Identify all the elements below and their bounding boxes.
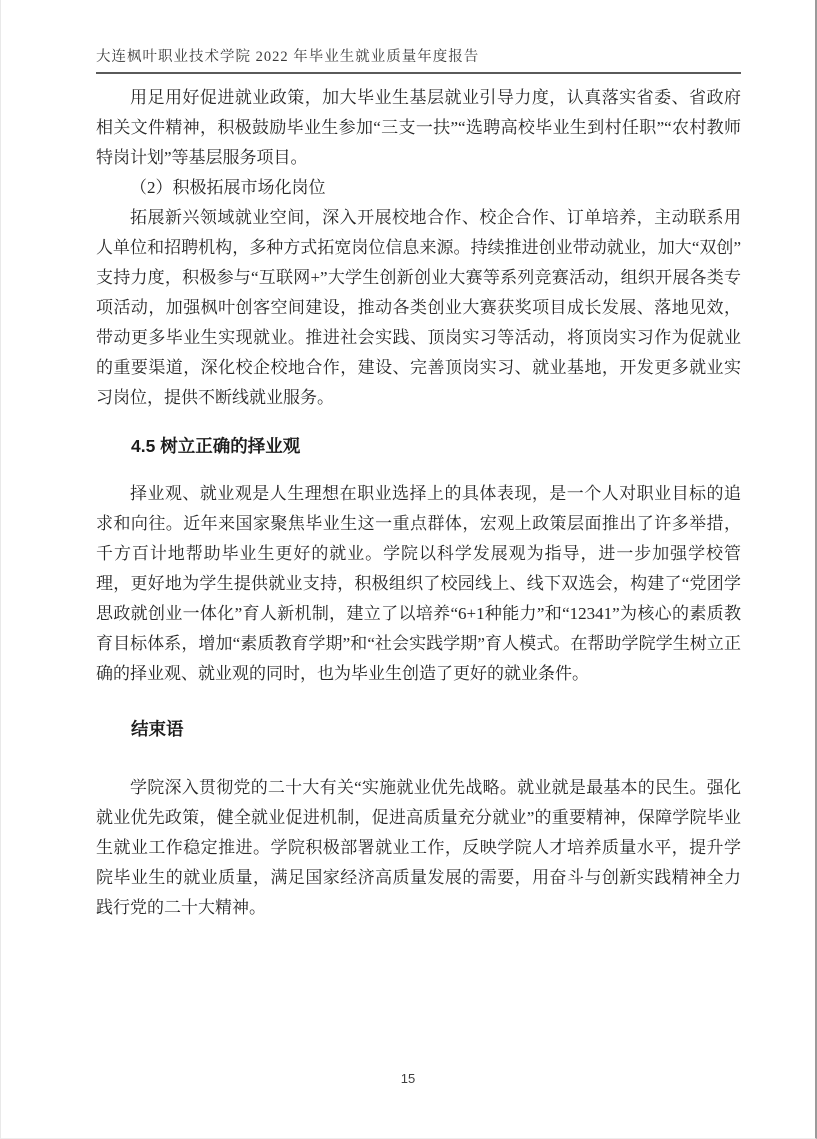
document-body: 用足用好促进就业政策，加大毕业生基层就业引导力度，认真落实省委、省政府相关文件精… <box>96 83 741 923</box>
conclusion-heading: 结束语 <box>96 716 741 742</box>
document-page: 大连枫叶职业技术学院 2022 年毕业生就业质量年度报告 用足用好促进就业政策，… <box>0 0 817 1139</box>
header-rule-divider <box>96 72 741 74</box>
paragraph-market-expansion: 拓展新兴领域就业空间，深入开展校地合作、校企合作、订单培养，主动联系用人单位和招… <box>96 203 741 413</box>
paragraph-employment-policy: 用足用好促进就业政策，加大毕业生基层就业引导力度，认真落实省委、省政府相关文件精… <box>96 83 741 173</box>
running-header: 大连枫叶职业技术学院 2022 年毕业生就业质量年度报告 <box>96 0 741 67</box>
page-footer: 15 <box>1 1070 815 1088</box>
page-number: 15 <box>401 1071 415 1086</box>
section-heading-4-5: 4.5 树立正确的择业观 <box>96 433 741 459</box>
page-content: 大连枫叶职业技术学院 2022 年毕业生就业质量年度报告 用足用好促进就业政策，… <box>96 0 741 923</box>
list-item-market-positions: （2）积极拓展市场化岗位 <box>96 173 741 203</box>
paragraph-career-outlook: 择业观、就业观是人生理想在职业选择上的具体表现，是一个人对职业目标的追求和向往。… <box>96 479 741 689</box>
paragraph-conclusion: 学院深入贯彻党的二十大有关“实施就业优先战略。就业就是最基本的民生。强化就业优先… <box>96 773 741 923</box>
